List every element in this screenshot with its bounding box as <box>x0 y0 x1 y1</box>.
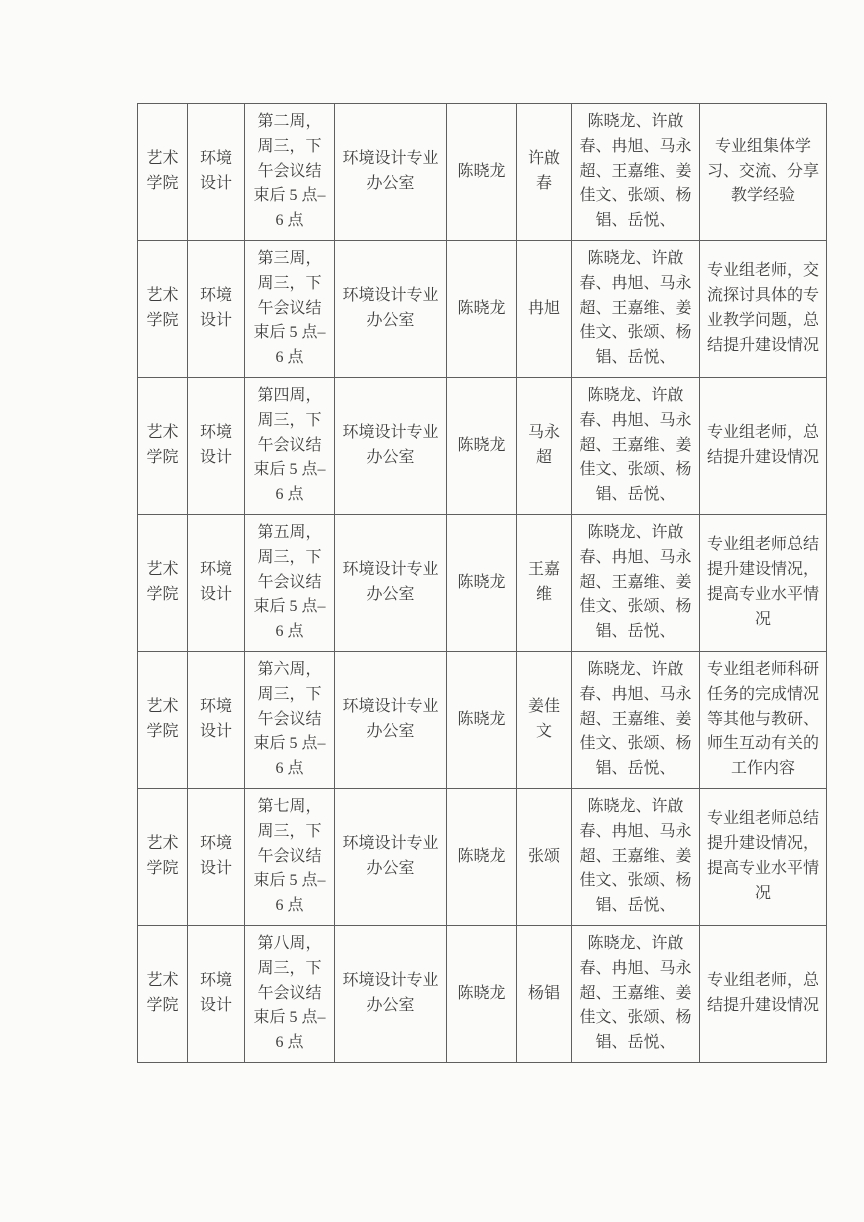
table-row: 艺术学院 环境设计 第五周，周三，下午会议结束后 5 点–6 点 环境设计专业办… <box>138 515 827 652</box>
cell-major: 环境设计 <box>188 378 245 515</box>
cell-major: 环境设计 <box>188 515 245 652</box>
cell-content: 专业组老师，总结提升建设情况 <box>700 926 827 1063</box>
cell-host: 陈晓龙 <box>447 241 517 378</box>
cell-location: 环境设计专业办公室 <box>335 652 447 789</box>
cell-college: 艺术学院 <box>138 652 188 789</box>
cell-major: 环境设计 <box>188 789 245 926</box>
cell-location: 环境设计专业办公室 <box>335 104 447 241</box>
cell-content: 专业组老师总结提升建设情况，提高专业水平情况 <box>700 515 827 652</box>
cell-location: 环境设计专业办公室 <box>335 241 447 378</box>
cell-host: 陈晓龙 <box>447 515 517 652</box>
cell-participants: 陈晓龙、许啟春、冉旭、马永超、王嘉维、姜佳文、张颂、杨锠、岳悦、 <box>572 104 700 241</box>
cell-host: 陈晓龙 <box>447 104 517 241</box>
schedule-table: 艺术学院 环境设计 第二周，周三，下午会议结束后 5 点–6 点 环境设计专业办… <box>137 103 827 1063</box>
cell-speaker: 姜佳文 <box>517 652 572 789</box>
cell-location: 环境设计专业办公室 <box>335 926 447 1063</box>
cell-location: 环境设计专业办公室 <box>335 789 447 926</box>
table-row: 艺术学院 环境设计 第二周，周三，下午会议结束后 5 点–6 点 环境设计专业办… <box>138 104 827 241</box>
cell-participants: 陈晓龙、许啟春、冉旭、马永超、王嘉维、姜佳文、张颂、杨锠、岳悦、 <box>572 515 700 652</box>
cell-participants: 陈晓龙、许啟春、冉旭、马永超、王嘉维、姜佳文、张颂、杨锠、岳悦、 <box>572 926 700 1063</box>
cell-participants: 陈晓龙、许啟春、冉旭、马永超、王嘉维、姜佳文、张颂、杨锠、岳悦、 <box>572 652 700 789</box>
cell-time: 第八周，周三，下午会议结束后 5 点–6 点 <box>245 926 335 1063</box>
cell-participants: 陈晓龙、许啟春、冉旭、马永超、王嘉维、姜佳文、张颂、杨锠、岳悦、 <box>572 789 700 926</box>
cell-content: 专业组老师科研任务的完成情况等其他与教研、师生互动有关的工作内容 <box>700 652 827 789</box>
cell-content: 专业组老师总结提升建设情况，提高专业水平情况 <box>700 789 827 926</box>
cell-college: 艺术学院 <box>138 926 188 1063</box>
cell-time: 第五周，周三，下午会议结束后 5 点–6 点 <box>245 515 335 652</box>
cell-participants: 陈晓龙、许啟春、冉旭、马永超、王嘉维、姜佳文、张颂、杨锠、岳悦、 <box>572 378 700 515</box>
document-page: 艺术学院 环境设计 第二周，周三，下午会议结束后 5 点–6 点 环境设计专业办… <box>0 0 864 1222</box>
cell-speaker: 马永超 <box>517 378 572 515</box>
cell-time: 第七周，周三，下午会议结束后 5 点–6 点 <box>245 789 335 926</box>
cell-location: 环境设计专业办公室 <box>335 378 447 515</box>
cell-time: 第六周，周三，下午会议结束后 5 点–6 点 <box>245 652 335 789</box>
cell-time: 第二周，周三，下午会议结束后 5 点–6 点 <box>245 104 335 241</box>
cell-speaker: 许啟春 <box>517 104 572 241</box>
cell-host: 陈晓龙 <box>447 378 517 515</box>
cell-content: 专业组老师，总结提升建设情况 <box>700 378 827 515</box>
cell-speaker: 张颂 <box>517 789 572 926</box>
cell-time: 第三周，周三，下午会议结束后 5 点–6 点 <box>245 241 335 378</box>
table-row: 艺术学院 环境设计 第三周，周三，下午会议结束后 5 点–6 点 环境设计专业办… <box>138 241 827 378</box>
table-row: 艺术学院 环境设计 第七周，周三，下午会议结束后 5 点–6 点 环境设计专业办… <box>138 789 827 926</box>
cell-college: 艺术学院 <box>138 104 188 241</box>
cell-college: 艺术学院 <box>138 515 188 652</box>
cell-college: 艺术学院 <box>138 789 188 926</box>
cell-college: 艺术学院 <box>138 378 188 515</box>
cell-major: 环境设计 <box>188 241 245 378</box>
cell-speaker: 冉旭 <box>517 241 572 378</box>
cell-college: 艺术学院 <box>138 241 188 378</box>
table-row: 艺术学院 环境设计 第六周，周三，下午会议结束后 5 点–6 点 环境设计专业办… <box>138 652 827 789</box>
cell-major: 环境设计 <box>188 104 245 241</box>
cell-location: 环境设计专业办公室 <box>335 515 447 652</box>
cell-host: 陈晓龙 <box>447 789 517 926</box>
cell-speaker: 王嘉维 <box>517 515 572 652</box>
cell-content: 专业组集体学习、交流、分享教学经验 <box>700 104 827 241</box>
cell-host: 陈晓龙 <box>447 652 517 789</box>
table-row: 艺术学院 环境设计 第四周，周三，下午会议结束后 5 点–6 点 环境设计专业办… <box>138 378 827 515</box>
cell-major: 环境设计 <box>188 926 245 1063</box>
cell-content: 专业组老师，交流探讨具体的专业教学问题，总结提升建设情况 <box>700 241 827 378</box>
cell-major: 环境设计 <box>188 652 245 789</box>
cell-participants: 陈晓龙、许啟春、冉旭、马永超、王嘉维、姜佳文、张颂、杨锠、岳悦、 <box>572 241 700 378</box>
cell-speaker: 杨锠 <box>517 926 572 1063</box>
cell-time: 第四周，周三，下午会议结束后 5 点–6 点 <box>245 378 335 515</box>
table-row: 艺术学院 环境设计 第八周，周三，下午会议结束后 5 点–6 点 环境设计专业办… <box>138 926 827 1063</box>
cell-host: 陈晓龙 <box>447 926 517 1063</box>
